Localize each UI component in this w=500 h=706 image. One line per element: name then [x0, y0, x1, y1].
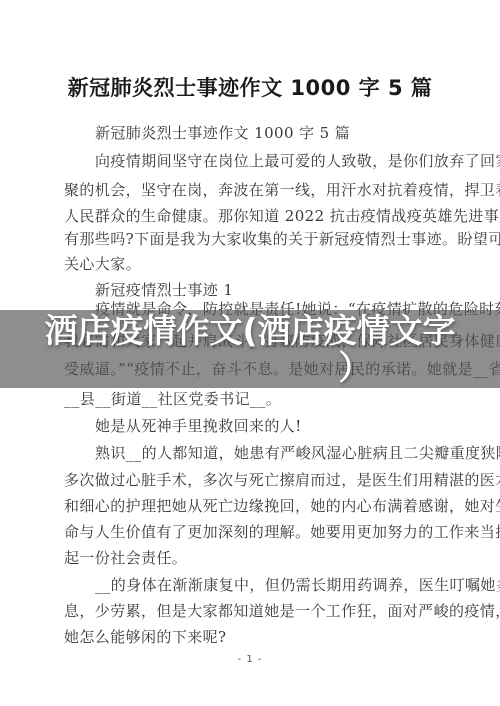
text-line: 有那些吗?下面是我为大家收集的关于新冠疫情烈士事迹。盼望可以: [64, 230, 500, 248]
watermark-text-line2: ）: [339, 349, 372, 386]
text-line: 息，少劳累，但是大家都知道她是一个工作狂，面对严峻的疫情，: [64, 602, 500, 620]
text-line: 起一份社会责任。: [64, 549, 187, 567]
text-line: 多次做过心脏手术，多次与死亡擦肩而过，是医生们用精湛的医术: [64, 471, 500, 489]
text-line: 新冠肺炎烈士事迹作文 1000 字 5 篇: [95, 124, 350, 142]
text-line: 聚的机会，坚守在岗，奔波在第一线，用汗水对抗着疫情，捍卫着: [64, 181, 500, 199]
text-line: __的身体在渐渐康复中，但仍需长期用药调养，医生叮嘱她多休: [95, 576, 500, 594]
text-line: 熟识__的人都知道，她患有严峻风湿心脏病且二尖瓣重度狭隘，: [95, 444, 500, 462]
document-page: 新冠肺炎烈士事迹作文 1000 字 5 篇 新冠肺炎烈士事迹作文 1000 字 …: [0, 0, 500, 706]
page-number: - 1 -: [0, 654, 500, 665]
watermark-overlay: 酒店疫情作文(酒店疫情文字 ）: [0, 310, 500, 388]
text-line: __县__街道__社区党委书记__。: [64, 390, 281, 408]
text-line: 向疫情期间坚守在岗位上最可爱的人致敬，是你们放弃了回家团: [95, 152, 500, 170]
text-line: 和细心的护理把她从死亡边缘挽回，她的内心布满着感谢，她对生: [64, 497, 500, 515]
text-line: 人民群众的生命健康。那你知道 2022 抗击疫情战疫英雄先进事迹都: [64, 207, 500, 225]
text-line: 关心大家。: [64, 255, 141, 273]
text-line: 命与人生价值有了更加深刻的理解。她要用更加努力的工作来当担: [64, 523, 500, 541]
text-line: 她是从死神手里挽救回来的人!: [95, 417, 302, 435]
watermark-text-line1: 酒店疫情作文(酒店疫情文字: [44, 312, 455, 349]
text-line: 新冠疫情烈士事迹 1: [95, 281, 233, 299]
text-line: 她怎么能够闲的下来呢?: [64, 628, 226, 646]
document-title: 新冠肺炎烈士事迹作文 1000 字 5 篇: [0, 72, 500, 102]
